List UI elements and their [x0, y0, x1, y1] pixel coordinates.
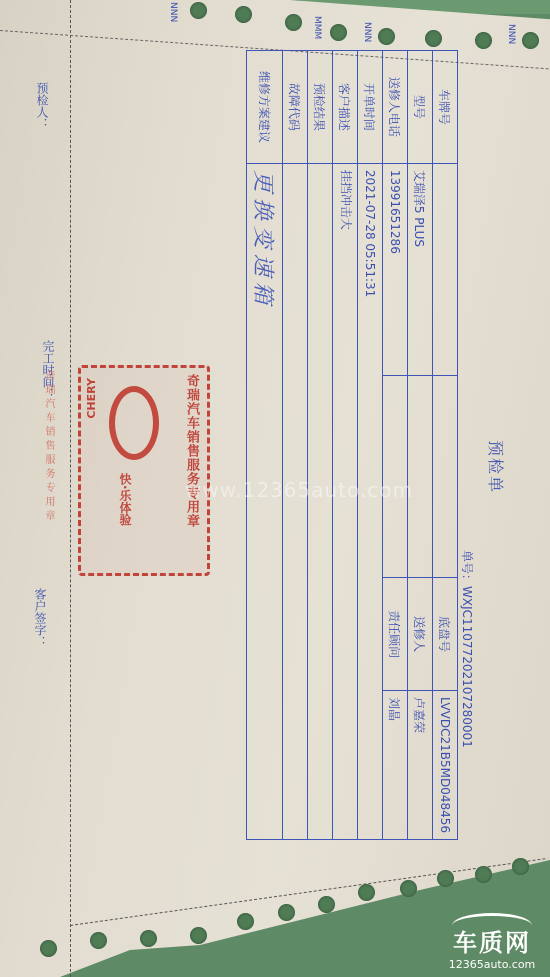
edge-print-mark: NNN [168, 2, 178, 22]
field-value: 13991651286 [383, 163, 408, 375]
chery-logo-icon [109, 386, 159, 460]
field-label: 开单时间 [358, 51, 383, 164]
form-table: 车牌号 底盘号 LVVDC21B5MD048456 型号 艾瑞泽5 PLUS 送… [246, 50, 458, 840]
form-title: 预检单 [485, 440, 508, 494]
form-number-value: WXJC11077202107280001 [460, 586, 474, 748]
feed-hole [318, 896, 335, 913]
field-label: 维修方案建议 [247, 51, 283, 164]
feed-hole [235, 6, 252, 23]
field-label: 送修人 [408, 578, 433, 691]
table-row: 预检结果 [308, 51, 333, 840]
field-label: 预检结果 [308, 51, 333, 164]
feed-hole [437, 870, 454, 887]
customer-signature-label: 客户签字： [32, 588, 49, 648]
feed-hole [512, 858, 529, 875]
edge-print-mark: MMM [312, 16, 322, 39]
field-label: 责任顾问 [383, 578, 408, 691]
feed-hole [285, 14, 302, 31]
table-row: 车牌号 底盘号 LVVDC21B5MD048456 [433, 51, 458, 840]
field-label: 型号 [408, 51, 433, 164]
feed-hole [40, 940, 57, 957]
table-row: 送修人电话 13991651286 责任顾问 刘晶 [383, 51, 408, 840]
table-row: 故障代码 [283, 51, 308, 840]
field-spacer [408, 376, 433, 578]
field-value: 艾瑞泽5 PLUS [408, 163, 433, 375]
handwritten-text: 更换变速箱 [250, 170, 275, 310]
table-row: 型号 艾瑞泽5 PLUS 送修人 卢嘉荣 [408, 51, 433, 840]
stamp-brand: CHERY [85, 378, 98, 419]
feed-hole [190, 927, 207, 944]
stamp-text: 奇瑞汽车销售服务专用章 [182, 374, 201, 528]
feed-hole [140, 930, 157, 947]
feed-hole [237, 913, 254, 930]
logo-url: 12365auto.com [442, 958, 542, 971]
feed-hole [278, 904, 295, 921]
field-value: 卢嘉荣 [408, 691, 433, 840]
field-label: 底盘号 [433, 578, 458, 691]
field-label: 故障代码 [283, 51, 308, 164]
edge-print-mark: NNN [506, 24, 516, 44]
dealer-stamp: CHERY 快·乐体验 奇瑞汽车销售服务专用章 [78, 365, 210, 576]
field-spacer [433, 376, 458, 578]
watermark: www.12365auto.com [185, 478, 413, 502]
perforation-line [70, 0, 71, 977]
field-value [433, 163, 458, 375]
stamp-slogan: 快·乐体验 [117, 473, 134, 526]
table-row: 客户描述 挂挡冲击大 [333, 51, 358, 840]
table-row: 开单时间 2021-07-28 05:51:31 [358, 51, 383, 840]
faded-stamp-mark: 奇瑞汽车销售服务专用章 [0, 370, 56, 580]
logo-arc-icon [452, 913, 532, 938]
feed-hole [475, 32, 492, 49]
feed-hole [425, 30, 442, 47]
field-value: 刘晶 [383, 691, 408, 840]
feed-hole [475, 866, 492, 883]
form-number-label: 单号： [460, 550, 474, 586]
field-label: 车牌号 [433, 51, 458, 164]
field-spacer [383, 376, 408, 578]
feed-hole [90, 932, 107, 949]
feed-hole [378, 28, 395, 45]
field-label: 客户描述 [333, 51, 358, 164]
edge-print-mark: NNN [362, 22, 372, 42]
feed-hole [330, 24, 347, 41]
form-number: 单号：WXJC11077202107280001 [459, 550, 476, 748]
field-label: 送修人电话 [383, 51, 408, 164]
table-row: 维修方案建议 更换变速箱 [247, 51, 283, 840]
feed-hole [400, 880, 417, 897]
feed-hole [358, 884, 375, 901]
field-value: LVVDC21B5MD048456 [433, 691, 458, 840]
feed-hole [190, 2, 207, 19]
feed-hole [522, 32, 539, 49]
site-logo: 车质网 12365auto.com [442, 923, 542, 971]
inspector-label: 预检人： [34, 82, 51, 130]
